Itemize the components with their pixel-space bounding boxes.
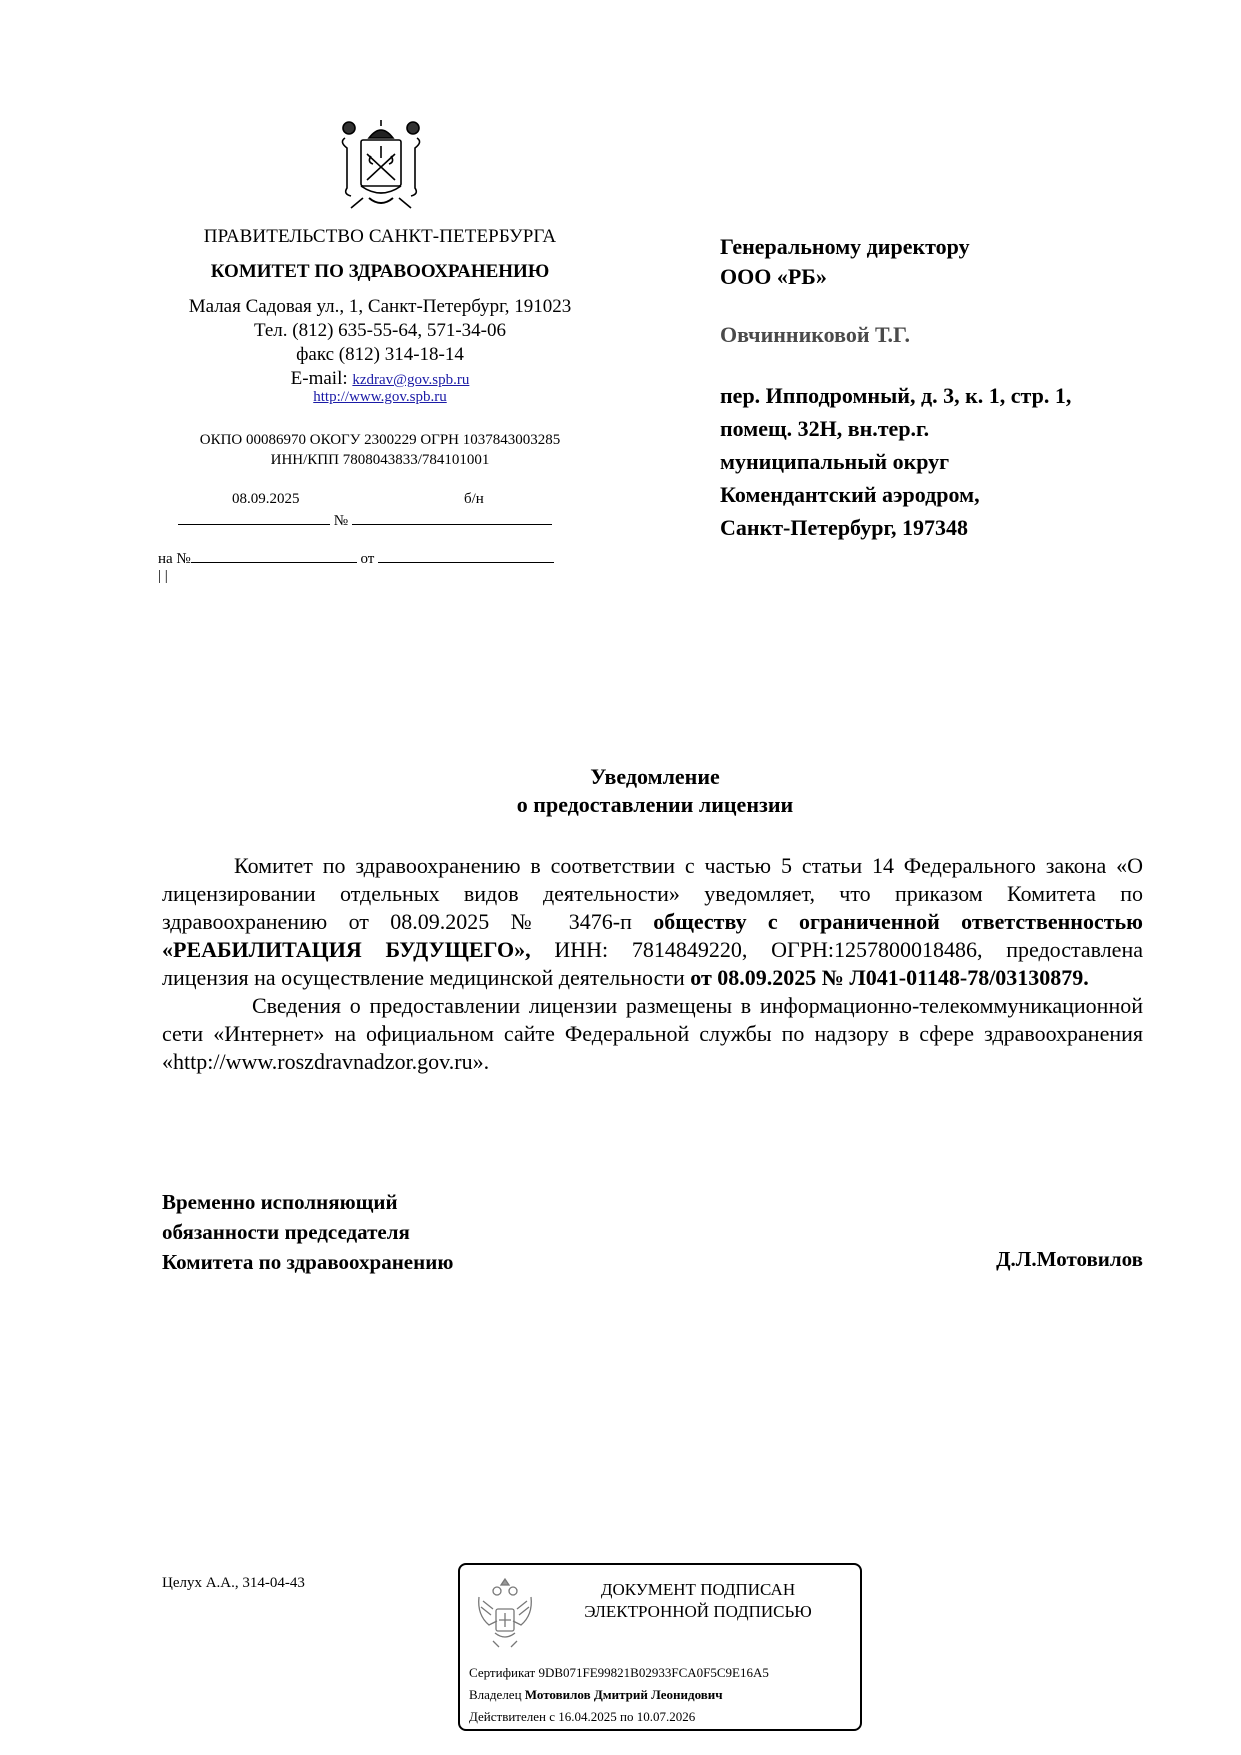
sender-website-row: http://www.gov.spb.ru <box>150 389 610 406</box>
recipient-company: ООО «РБ» <box>720 260 827 293</box>
stamp-title: ДОКУМЕНТ ПОДПИСАН ЭЛЕКТРОННОЙ ПОДПИСЬЮ <box>548 1579 848 1623</box>
number-underline <box>352 510 552 525</box>
ref-from: от <box>361 551 375 567</box>
recipient-name: Овчинниковой Т.Г. <box>720 318 910 351</box>
sender-address: Малая Садовая ул., 1, Санкт-Петербург, 1… <box>150 296 610 318</box>
sender-email-row: E-mail: kzdrav@gov.spb.ru <box>150 368 610 390</box>
document-body: Комитет по здравоохранению в соответстви… <box>162 852 1143 1076</box>
paragraph-license: Комитет по здравоохранению в соответстви… <box>162 852 1143 992</box>
email-label: E-mail: <box>291 368 353 389</box>
signatory-title-line: обязанности председателя <box>162 1217 410 1247</box>
sender-codes: ОКПО 00086970 ОКОГУ 2300229 ОГРН 1037843… <box>150 432 610 449</box>
recipient-address-line: Санкт-Петербург, 197348 <box>720 511 968 544</box>
certificate-id: 9DB071FE99821B02933FCA0F5C9E16A5 <box>538 1665 768 1680</box>
ref-ticks: | | <box>158 568 168 585</box>
registration-number: б/н <box>464 491 484 508</box>
owner-row: Владелец Мотовилов Дмитрий Леонидович <box>469 1687 723 1703</box>
signatory-title-line: Комитета по здравоохранению <box>162 1247 453 1277</box>
recipient-address-line: пер. Ипподромный, д. 3, к. 1, стр. 1, <box>720 379 1071 412</box>
sender-phone: Тел. (812) 635-55-64, 571-34-06 <box>150 320 610 342</box>
website-link[interactable]: http://www.gov.spb.ru <box>313 389 446 405</box>
certificate-row: Сертификат 9DB071FE99821B02933FCA0F5C9E1… <box>469 1665 769 1681</box>
email-link[interactable]: kzdrav@gov.spb.ru <box>352 372 469 388</box>
recipient-address-line: помещ. 32Н, вн.тер.г. <box>720 412 929 445</box>
ref-date-underline <box>378 548 554 563</box>
executor-contact: Целух А.А., 314-04-43 <box>162 1575 305 1592</box>
stamp-title-line: ЭЛЕКТРОННОЙ ПОДПИСЬЮ <box>548 1601 848 1623</box>
recipient-address-line: Комендантский аэродром, <box>720 478 980 511</box>
date-underline <box>178 510 330 525</box>
document-title: Уведомление <box>0 764 1241 790</box>
signatory-title-line: Временно исполняющий <box>162 1187 398 1217</box>
stamp-title-line: ДОКУМЕНТ ПОДПИСАН <box>548 1579 848 1601</box>
double-headed-eagle-icon <box>475 1575 535 1651</box>
sender-fax: факс (812) 314-18-14 <box>150 344 610 366</box>
sender-inn-kpp: ИНН/КПП 7808043833/784101001 <box>150 452 610 469</box>
sender-government: ПРАВИТЕЛЬСТВО САНКТ-ПЕТЕРБУРГА <box>150 226 610 248</box>
ref-prefix: на № <box>158 551 191 567</box>
signatory-name: Д.Л.Мотовилов <box>996 1247 1143 1272</box>
e-signature-stamp: ДОКУМЕНТ ПОДПИСАН ЭЛЕКТРОННОЙ ПОДПИСЬЮ С… <box>458 1563 862 1731</box>
coat-of-arms-icon <box>333 118 429 214</box>
certificate-label: Сертификат <box>469 1665 538 1680</box>
recipient-position: Генеральному директору <box>720 230 970 263</box>
validity-row: Действителен с 16.04.2025 по 10.07.2026 <box>469 1709 695 1725</box>
reference-line: на № от <box>158 548 554 568</box>
registration-date: 08.09.2025 <box>232 491 300 508</box>
paragraph-registry: Сведения о предоставлении лицензии разме… <box>162 992 1143 1076</box>
owner-name: Мотовилов Дмитрий Леонидович <box>525 1687 723 1702</box>
sender-committee: КОМИТЕТ ПО ЗДРАВООХРАНЕНИЮ <box>150 261 610 283</box>
document-subtitle: о предоставлении лицензии <box>0 792 1241 818</box>
license-number: от 08.09.2025 № Л041-01148-78/03130879. <box>690 965 1089 990</box>
owner-label: Владелец <box>469 1687 525 1702</box>
ref-number-underline <box>191 548 357 563</box>
recipient-address-line: муниципальный округ <box>720 445 949 478</box>
registration-line: № <box>178 510 552 530</box>
number-sign: № <box>334 513 348 529</box>
